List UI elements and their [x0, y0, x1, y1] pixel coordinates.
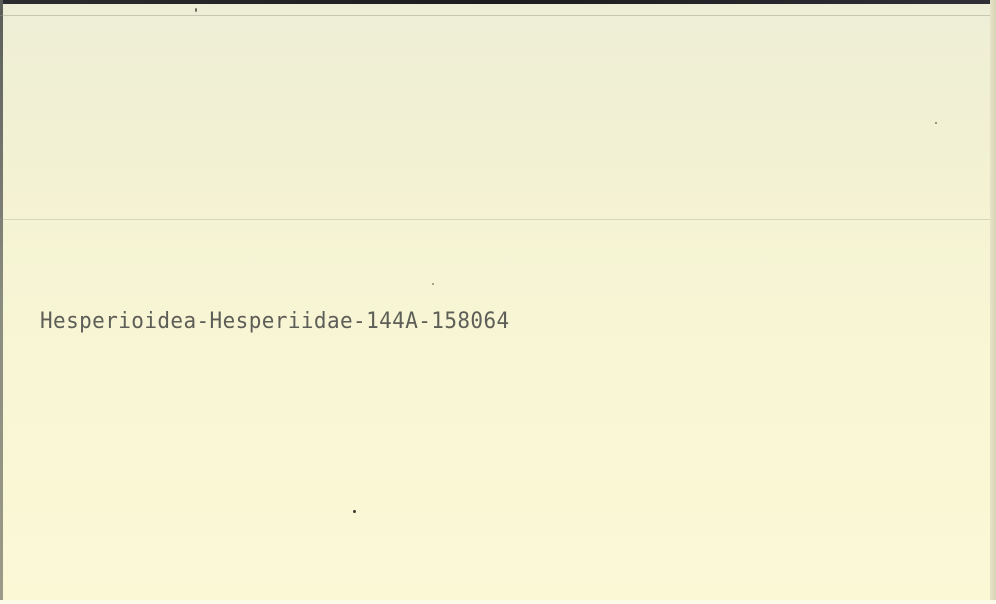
card-bottom-edge [0, 600, 996, 604]
ink-speck [195, 8, 197, 12]
card-label-text: Hesperioidea-Hesperiidae-144A-158064 [40, 308, 510, 333]
index-card: Hesperioidea-Hesperiidae-144A-158064 [0, 0, 996, 604]
ink-speck [432, 283, 434, 285]
card-top-edge [0, 0, 996, 4]
card-left-edge [0, 0, 3, 604]
ink-speck [935, 122, 937, 124]
ruled-line-top [0, 15, 990, 16]
card-right-edge [990, 0, 996, 604]
ink-speck [353, 510, 356, 513]
ruled-line-middle [0, 219, 990, 220]
